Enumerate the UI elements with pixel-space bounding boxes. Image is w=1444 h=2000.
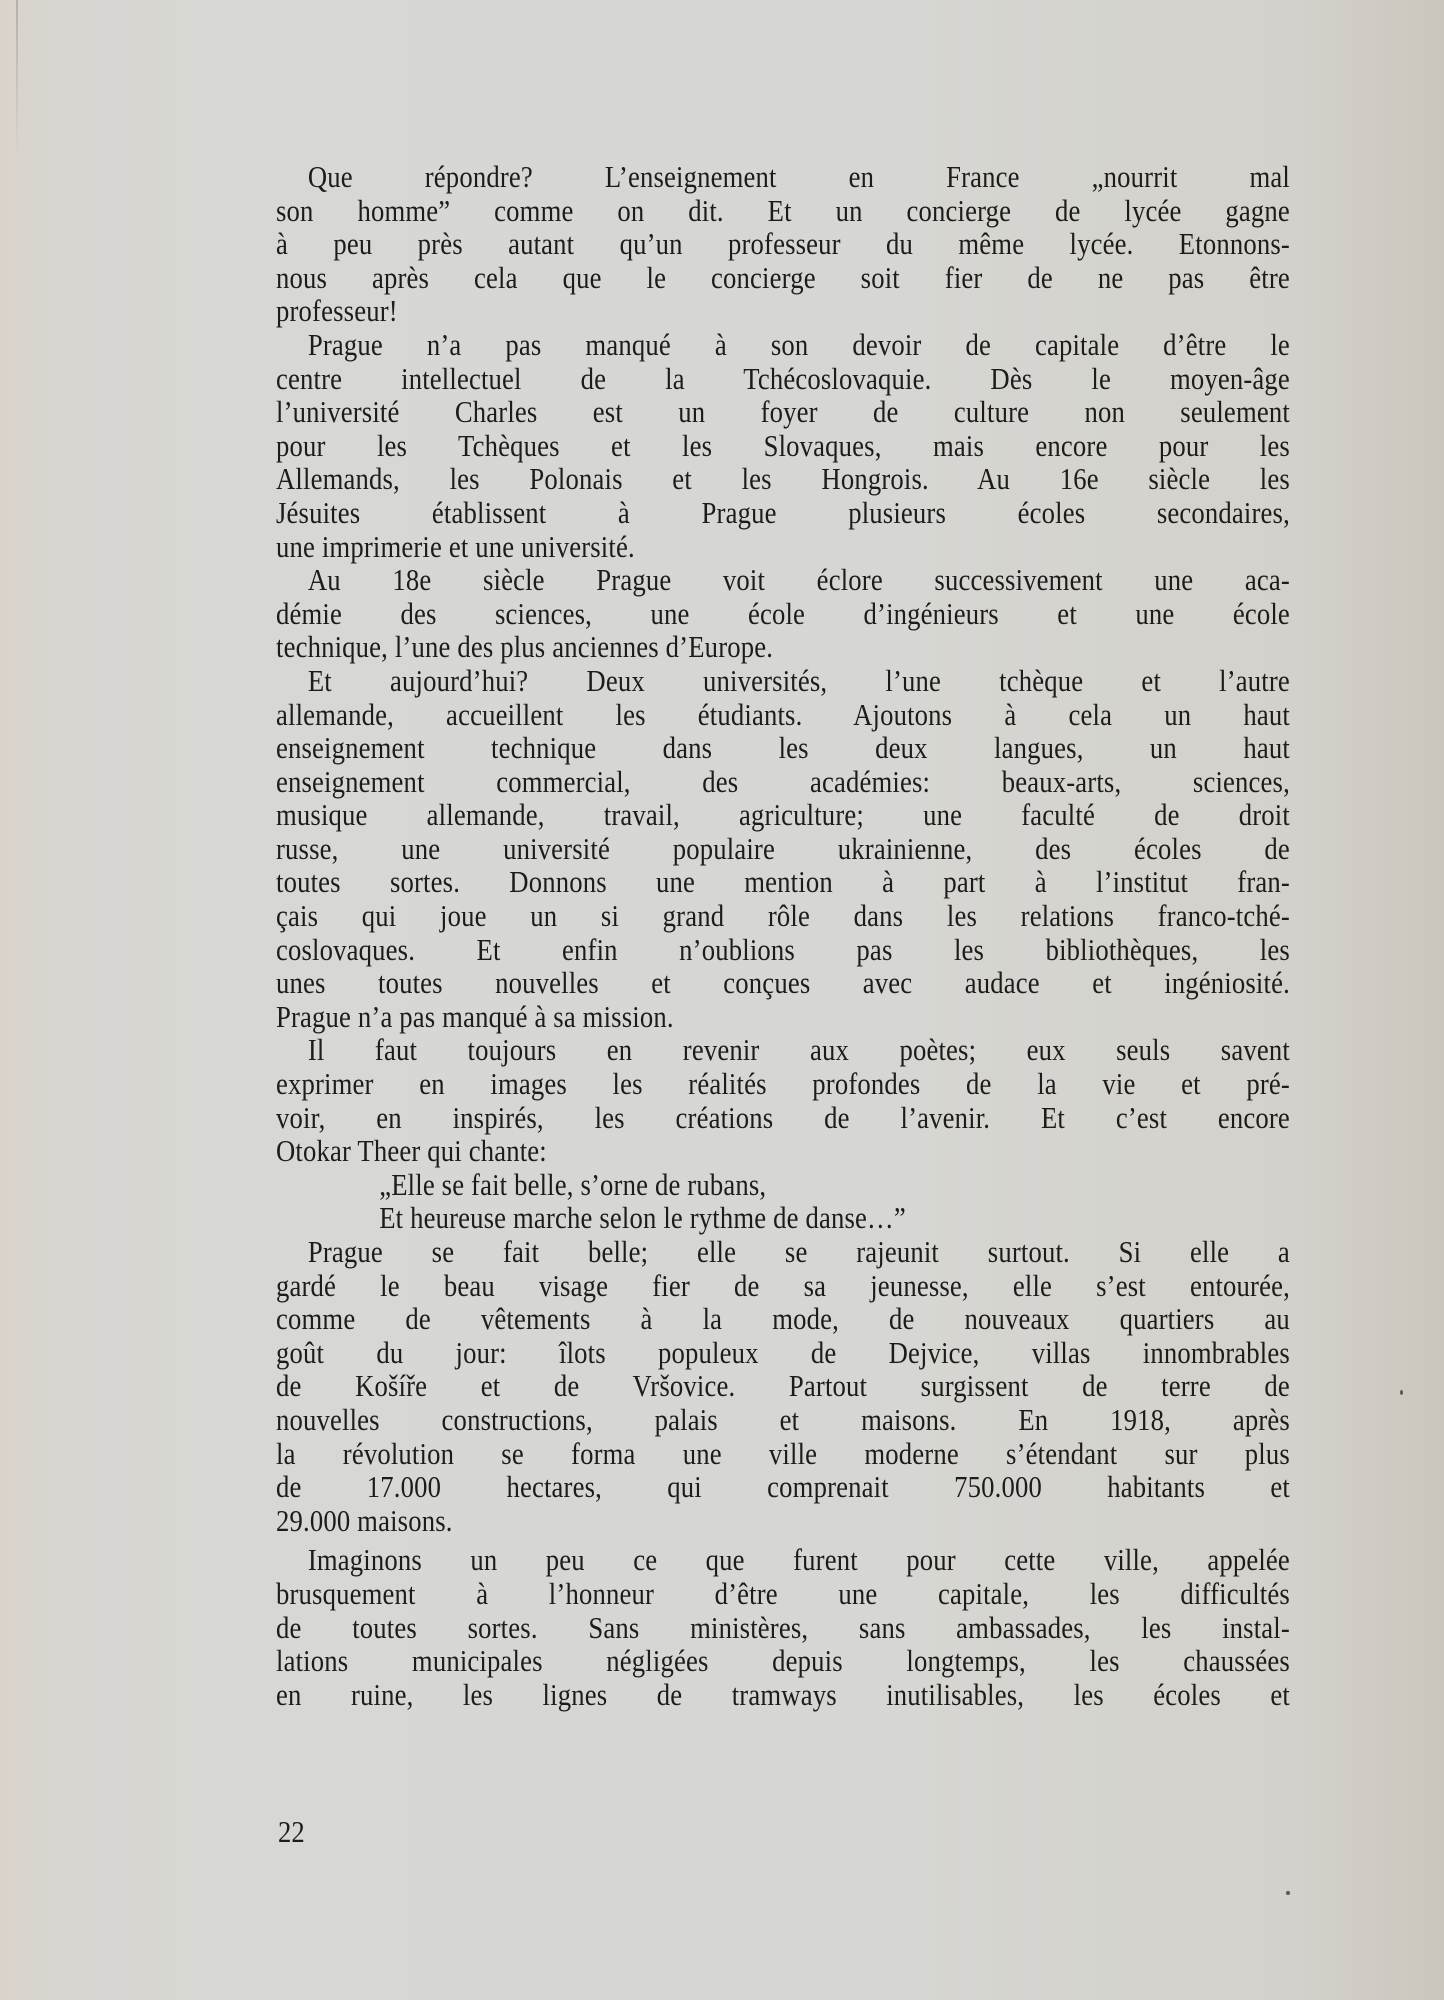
text-line: nous après cela que le concierge soit fi…	[276, 261, 1290, 295]
text-line: à peu près autant qu’un professeur du mê…	[276, 227, 1290, 261]
paragraph: Et aujourd’hui? Deux universités, l’une …	[276, 664, 1290, 1034]
text-line: en ruine, les lignes de tramways inutili…	[276, 1678, 1290, 1712]
paragraph: Prague n’a pas manqué à son devoir de ca…	[276, 328, 1290, 563]
text-line: unes toutes nouvelles et conçues avec au…	[276, 966, 1290, 1000]
paragraph: Il faut toujours en revenir aux poètes; …	[276, 1033, 1290, 1167]
text-line: Prague se fait belle; elle se rajeunit s…	[276, 1235, 1290, 1269]
text-line: 29.000 maisons.	[276, 1504, 1290, 1538]
text-line: Otokar Theer qui chante:	[276, 1134, 1290, 1168]
text-line: son homme” comme on dit. Et un concierge…	[276, 194, 1290, 228]
text-line: une imprimerie et une université.	[276, 530, 1290, 564]
page-number: 22	[278, 1814, 305, 1850]
text-line: çais qui joue un si grand rôle dans les …	[276, 899, 1290, 933]
text-line: pour les Tchèques et les Slovaques, mais…	[276, 429, 1290, 463]
paper-speck	[1286, 1891, 1290, 1895]
paragraph: Que répondre? L’enseignement en France „…	[276, 160, 1290, 328]
text-line: enseignement commercial, des académies: …	[276, 765, 1290, 799]
text-line: nouvelles constructions, palais et maiso…	[276, 1403, 1290, 1437]
text-line: gardé le beau visage fier de sa jeunesse…	[276, 1269, 1290, 1303]
text-line: Allemands, les Polonais et les Hongrois.…	[276, 462, 1290, 496]
text-line: brusquement à l’honneur d’être une capit…	[276, 1577, 1290, 1611]
text-line: exprimer en images les réalités profonde…	[276, 1067, 1290, 1101]
text-line: l’université Charles est un foyer de cul…	[276, 395, 1290, 429]
text-line: technique, l’une des plus anciennes d’Eu…	[276, 630, 1290, 664]
text-line: russe, une université populaire ukrainie…	[276, 832, 1290, 866]
text-line: allemande, accueillent les étudiants. Aj…	[276, 698, 1290, 732]
paragraph: Au 18e siècle Prague voit éclore success…	[276, 563, 1290, 664]
text-line: Jésuites établissent à Prague plusieurs …	[276, 496, 1290, 530]
text-line: enseignement technique dans les deux lan…	[276, 731, 1290, 765]
text-line: de 17.000 hectares, qui comprenait 750.0…	[276, 1470, 1290, 1504]
text-line: Prague n’a pas manqué à son devoir de ca…	[276, 328, 1290, 362]
text-line: voir, en inspirés, les créations de l’av…	[276, 1101, 1290, 1135]
text-line: professeur!	[276, 294, 1290, 328]
verse-line: „Elle se fait belle, s’orne de rubans,	[276, 1168, 1290, 1202]
verse-quotation: „Elle se fait belle, s’orne de rubans, E…	[276, 1168, 1290, 1235]
verse-line: Et heureuse marche selon le rythme de da…	[276, 1201, 1290, 1235]
text-line: lations municipales négligées depuis lon…	[276, 1644, 1290, 1678]
text-line: Imaginons un peu ce que furent pour cett…	[276, 1543, 1290, 1577]
text-line: Au 18e siècle Prague voit éclore success…	[276, 563, 1290, 597]
text-line: Et aujourd’hui? Deux universités, l’une …	[276, 664, 1290, 698]
text-line: Il faut toujours en revenir aux poètes; …	[276, 1033, 1290, 1067]
text-line: centre intellectuel de la Tchécoslovaqui…	[276, 362, 1290, 396]
text-line: la révolution se forma une ville moderne…	[276, 1437, 1290, 1471]
text-line: goût du jour: îlots populeux de Dejvice,…	[276, 1336, 1290, 1370]
text-line: démie des sciences, une école d’ingénieu…	[276, 597, 1290, 631]
page-edge-shadow	[16, 0, 18, 160]
body-text: Que répondre? L’enseignement en France „…	[276, 160, 1290, 1711]
text-line: de Košíře et de Vršovice. Partout surgis…	[276, 1369, 1290, 1403]
text-line: Que répondre? L’enseignement en France „…	[276, 160, 1290, 194]
text-line: de toutes sortes. Sans ministères, sans …	[276, 1611, 1290, 1645]
text-line: coslovaques. Et enfin n’oublions pas les…	[276, 933, 1290, 967]
text-line: comme de vêtements à la mode, de nouveau…	[276, 1302, 1290, 1336]
paragraph: Imaginons un peu ce que furent pour cett…	[276, 1543, 1290, 1711]
paragraph: Prague se fait belle; elle se rajeunit s…	[276, 1235, 1290, 1537]
paper-speck	[1400, 1390, 1403, 1395]
text-line: musique allemande, travail, agriculture;…	[276, 798, 1290, 832]
text-line: toutes sortes. Donnons une mention à par…	[276, 865, 1290, 899]
text-line: Prague n’a pas manqué à sa mission.	[276, 1000, 1290, 1034]
